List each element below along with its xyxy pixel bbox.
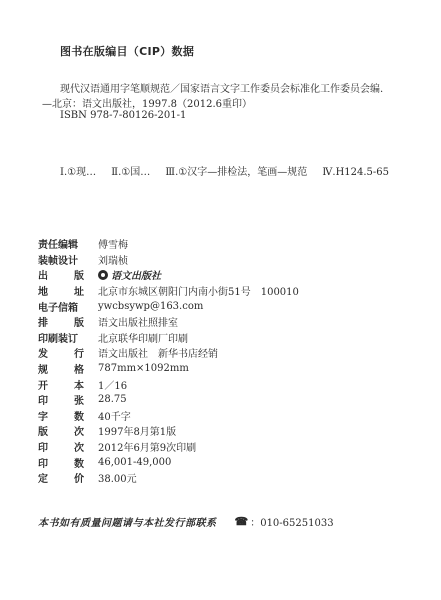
detail-label-text: 发 [38, 345, 48, 360]
publisher-logo-icon [98, 270, 108, 280]
detail-label: 地址 [38, 283, 90, 298]
publisher-logo-text: 语文出版社 [111, 267, 161, 282]
phone-icon: ☎ [235, 515, 249, 528]
detail-label: 电子信箱 [38, 299, 90, 314]
detail-row: 规格787mm×1092mm [38, 361, 299, 377]
detail-row: 版次1997年8月第1版 [38, 423, 299, 439]
detail-label: 规格 [38, 361, 90, 376]
detail-row: 印刷装订北京联华印刷厂印刷 [38, 330, 299, 346]
cip-heading: 图书在版编目（CIP）数据 [60, 43, 194, 59]
detail-label: 印张 [38, 392, 90, 407]
detail-label: 发行 [38, 345, 90, 360]
detail-value: 语文出版社 新华书店经销 [98, 345, 218, 360]
cip-title-line: 现代汉语通用字笔顺规范／国家语言文字工作委员会标准化工作委员会编. [60, 80, 383, 95]
detail-label-text: 定 [38, 470, 48, 485]
detail-label-text: 印刷装订 [38, 330, 78, 345]
classification-item: Ⅰ.①现… [60, 167, 96, 178]
detail-label-text: 次 [74, 439, 84, 454]
detail-label-text: 印 [38, 455, 48, 470]
detail-label-text: 版 [38, 423, 48, 438]
classification-line: Ⅰ.①现… Ⅱ.①国… Ⅲ.①汉字—排检法，笔画—规范 Ⅳ.H124.5-65 [60, 163, 401, 178]
detail-label-text: 址 [74, 283, 84, 298]
detail-row: 印张28.75 [38, 392, 299, 408]
detail-label-text: 开 [38, 377, 48, 392]
detail-row: 字数40千字 [38, 408, 299, 424]
detail-label: 排版 [38, 314, 90, 329]
detail-value: 1997年8月第1版 [98, 423, 176, 438]
detail-row: 电子信箱ywcbsywp@163.com [38, 298, 299, 314]
detail-label: 字数 [38, 408, 90, 423]
detail-label-text: 张 [74, 392, 84, 407]
detail-label: 印刷装订 [38, 330, 90, 345]
detail-label-text: 排 [38, 314, 48, 329]
phone-contact: ☎ ：010-65251033 [235, 514, 334, 529]
detail-value: 傅雪梅 [98, 236, 128, 251]
detail-value: 46,001-49,000 [98, 457, 171, 468]
detail-row: 责任编辑傅雪梅 [38, 236, 299, 252]
detail-row: 印数46,001-49,000 [38, 454, 299, 470]
detail-label-text: 印 [38, 392, 48, 407]
detail-label-text: 规 [38, 361, 48, 376]
detail-value: 28.75 [98, 394, 127, 405]
detail-label-text: 价 [74, 470, 84, 485]
detail-label-text: 字 [38, 408, 48, 423]
detail-value: 语文出版社照排室 [98, 314, 178, 329]
publication-details: 责任编辑傅雪梅装帧设计刘瑞桢出版语文出版社地址北京市东城区朝阳门内南小街51号 … [38, 236, 299, 486]
detail-value: 38.00元 [98, 470, 137, 485]
detail-value: 北京联华印刷厂印刷 [98, 330, 188, 345]
detail-label-text: 印 [38, 439, 48, 454]
detail-value: 40千字 [98, 408, 131, 423]
detail-label-text: 出 [38, 267, 48, 282]
detail-label: 开本 [38, 377, 90, 392]
detail-label-text: 版 [74, 267, 84, 282]
detail-label-text: 版 [74, 314, 84, 329]
footer: 本书如有质量问题请与本社发行部联系 ☎ ：010-65251033 [38, 514, 334, 529]
detail-label-text: 责任编辑 [38, 236, 78, 251]
detail-label-text: 电子信箱 [38, 299, 78, 314]
detail-value: 1／16 [98, 377, 127, 392]
quality-note: 本书如有质量问题请与本社发行部联系 [38, 514, 217, 529]
detail-row: 装帧设计刘瑞桢 [38, 252, 299, 268]
detail-label: 责任编辑 [38, 236, 90, 251]
detail-label-text: 本 [74, 377, 84, 392]
detail-label: 装帧设计 [38, 252, 90, 267]
detail-label: 印次 [38, 439, 90, 454]
detail-row: 发行语文出版社 新华书店经销 [38, 345, 299, 361]
detail-row: 排版语文出版社照排室 [38, 314, 299, 330]
detail-value: 2012年6月第9次印刷 [98, 439, 196, 454]
detail-row: 地址北京市东城区朝阳门内南小街51号 100010 [38, 283, 299, 299]
detail-label-text: 行 [74, 345, 84, 360]
detail-label: 版次 [38, 423, 90, 438]
phone-number: ：010-65251033 [250, 514, 333, 529]
detail-label-text: 次 [74, 423, 84, 438]
detail-row: 开本1／16 [38, 376, 299, 392]
detail-label-text: 数 [74, 455, 84, 470]
detail-label: 定价 [38, 470, 90, 485]
detail-value: 北京市东城区朝阳门内南小街51号 100010 [98, 283, 299, 298]
detail-label-text: 数 [74, 408, 84, 423]
detail-label-text: 装帧设计 [38, 252, 78, 267]
classification-item: Ⅲ.①汉字—排检法，笔画—规范 [165, 167, 307, 178]
detail-label: 出版 [38, 267, 90, 282]
detail-row: 定价38.00元 [38, 470, 299, 486]
detail-row: 印次2012年6月第9次印刷 [38, 439, 299, 455]
detail-row: 出版语文出版社 [38, 267, 299, 283]
detail-label-text: 格 [74, 361, 84, 376]
classification-item: Ⅳ.H124.5-65 [322, 167, 389, 178]
publisher-logo: 语文出版社 [98, 267, 161, 282]
detail-label: 印数 [38, 455, 90, 470]
detail-value: 787mm×1092mm [98, 363, 189, 374]
cip-publisher-line: —北京：语文出版社，1997.8（2012.6重印） [42, 95, 252, 110]
detail-label-text: 地 [38, 283, 48, 298]
classification-item: Ⅱ.①国… [111, 167, 150, 178]
cip-isbn: ISBN 978-7-80126-201-1 [60, 110, 186, 121]
detail-value: 刘瑞桢 [98, 252, 128, 267]
detail-value: ywcbsywp@163.com [98, 301, 203, 312]
